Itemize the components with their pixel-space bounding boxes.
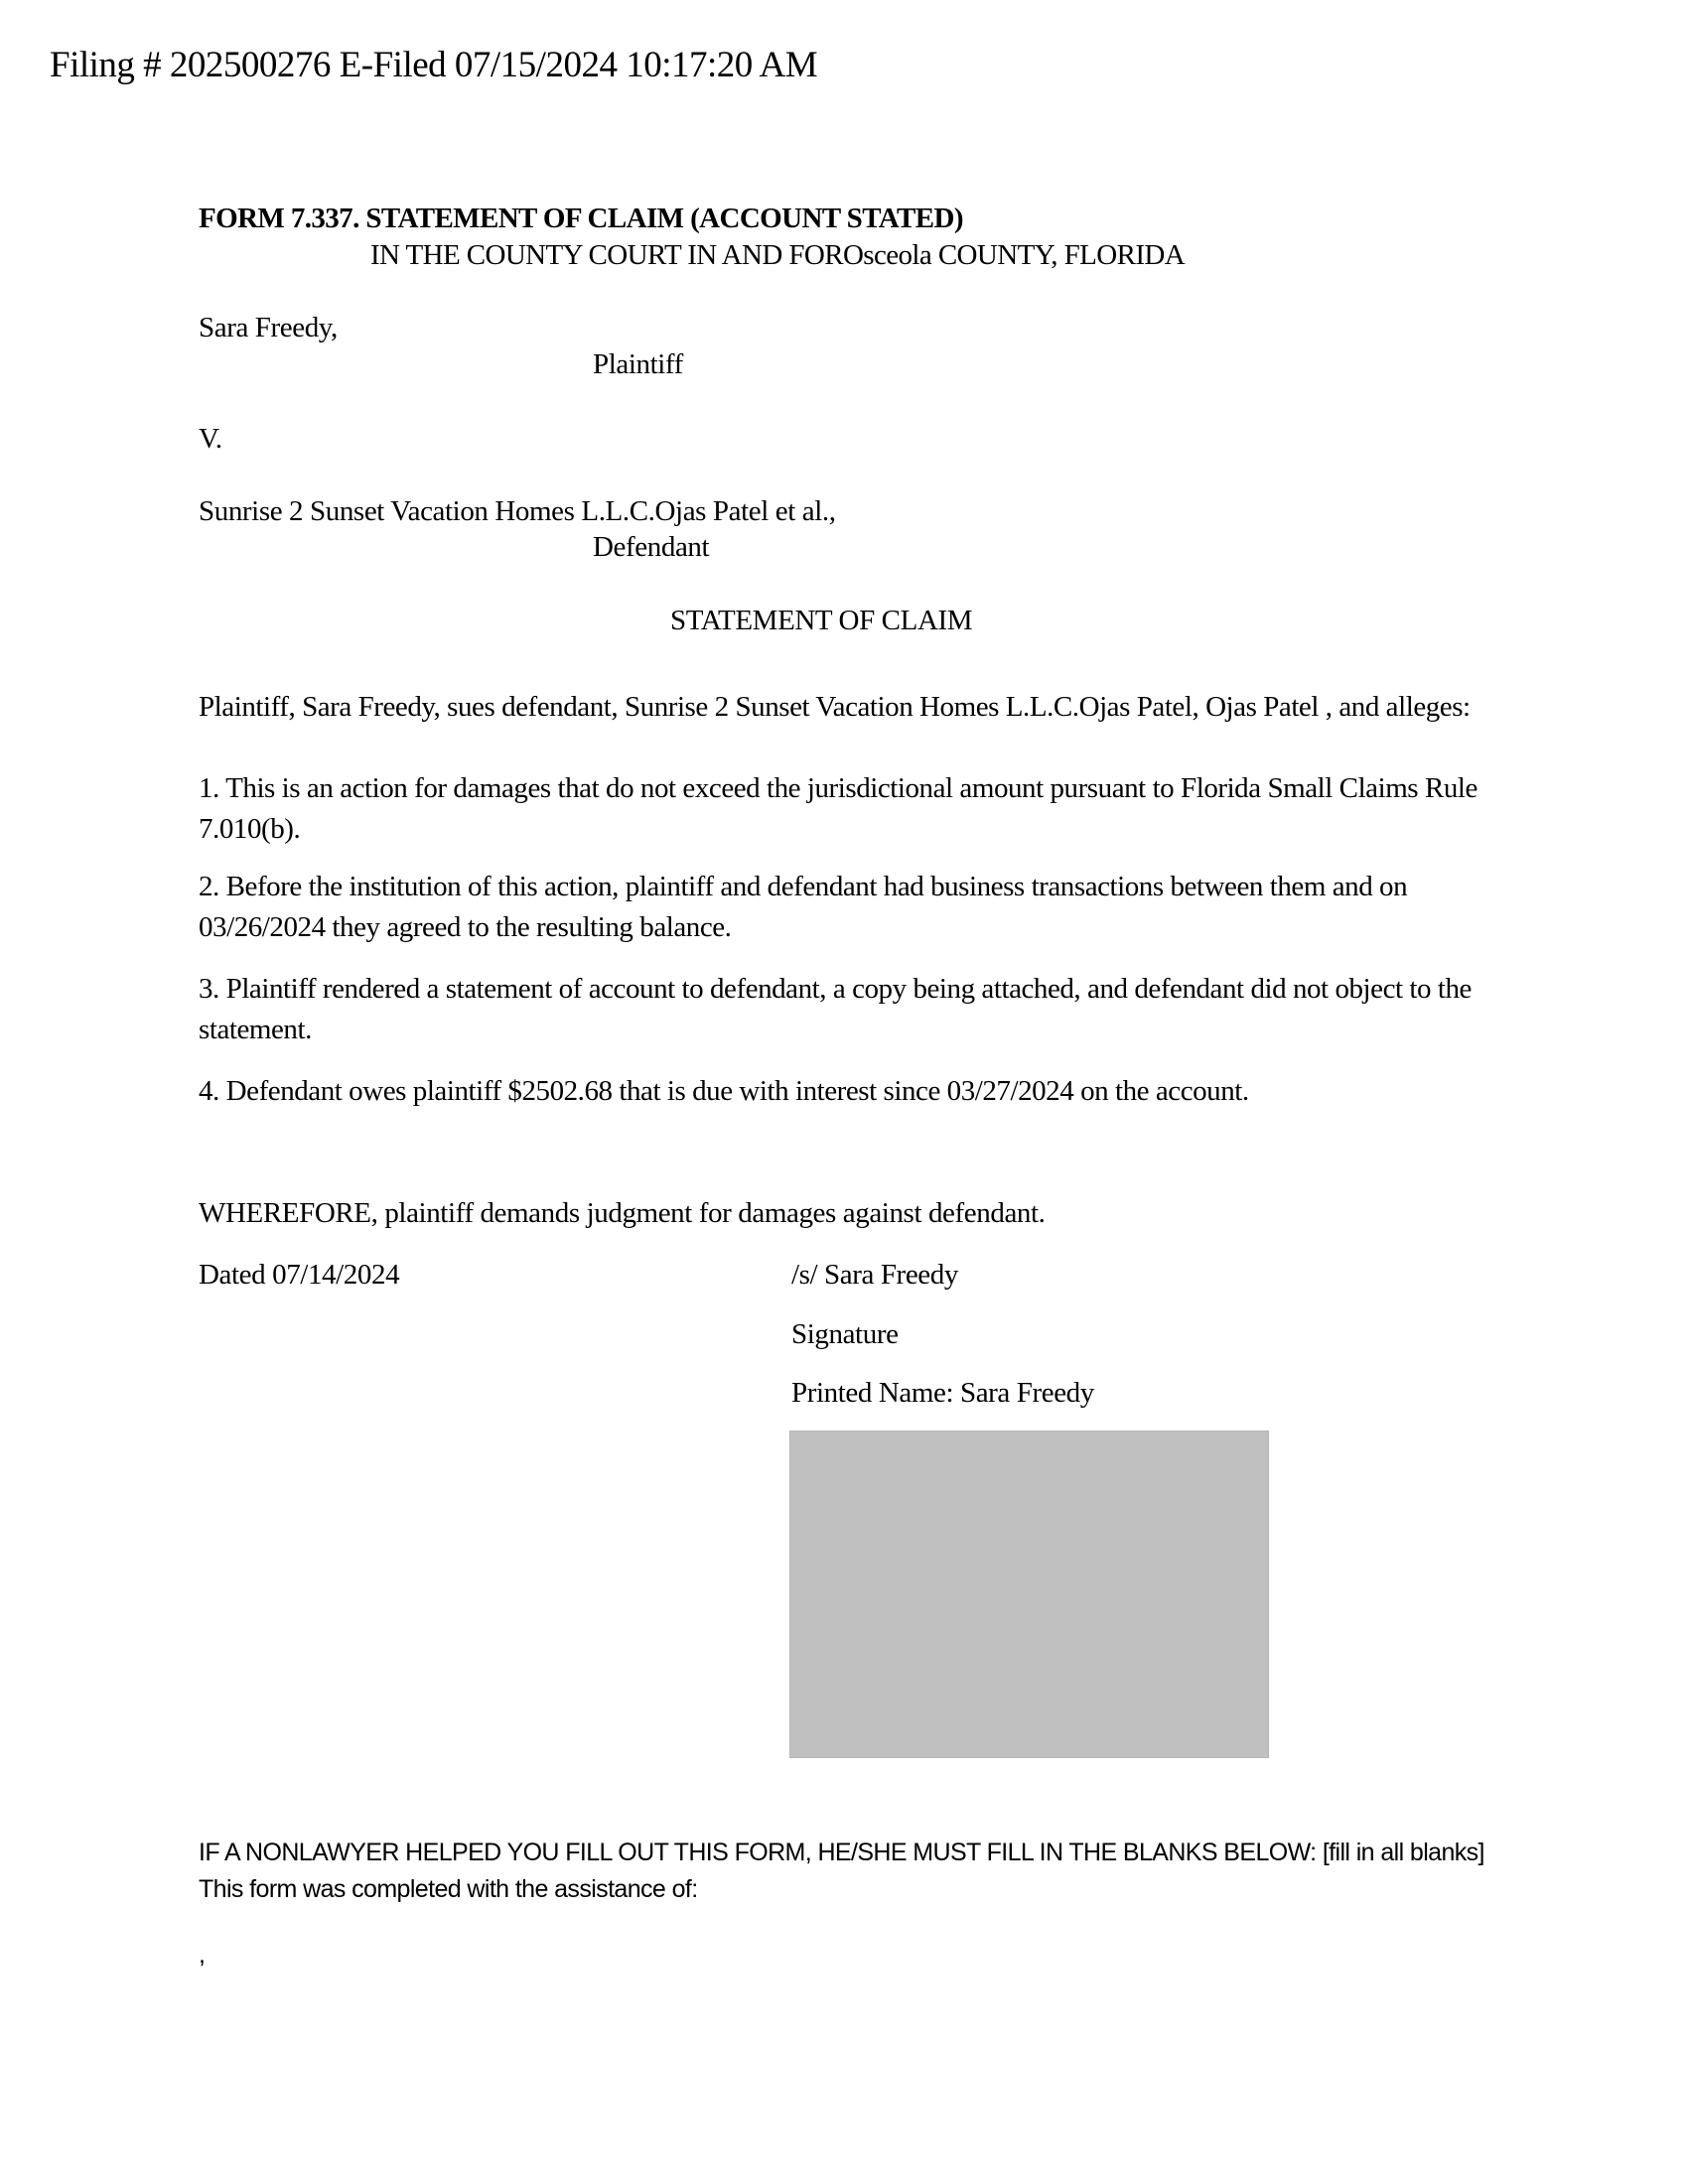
wherefore-clause: WHEREFORE, plaintiff demands judgment fo… — [199, 1197, 1046, 1230]
intro-paragraph: Plaintiff, Sara Freedy, sues defendant, … — [199, 687, 1489, 728]
allegation-2: 2. Before the institution of this action… — [199, 867, 1489, 948]
court-line: IN THE COUNTY COURT IN AND FOROsceola CO… — [370, 239, 1185, 272]
printed-name: Printed Name: Sara Freedy — [791, 1377, 1094, 1410]
plaintiff-name: Sara Freedy, — [199, 312, 338, 344]
plaintiff-label: Plaintiff — [593, 348, 683, 381]
filing-header: Filing # 202500276 E-Filed 07/15/2024 10… — [50, 44, 817, 86]
allegation-4: 4. Defendant owes plaintiff $2502.68 tha… — [199, 1071, 1489, 1112]
form-title: FORM 7.337. STATEMENT OF CLAIM (ACCOUNT … — [199, 203, 963, 235]
allegation-3: 3. Plaintiff rendered a statement of acc… — [199, 969, 1489, 1050]
nonlawyer-blank: , — [199, 1941, 206, 1970]
signature-line: /s/ Sara Freedy — [791, 1259, 958, 1292]
signature-label: Signature — [791, 1318, 899, 1351]
allegation-1: 1. This is an action for damages that do… — [199, 768, 1489, 850]
defendant-label: Defendant — [593, 531, 709, 564]
redacted-block — [789, 1431, 1269, 1758]
defendant-name: Sunrise 2 Sunset Vacation Homes L.L.C.Oj… — [199, 495, 836, 528]
nonlawyer-notice: IF A NONLAWYER HELPED YOU FILL OUT THIS … — [199, 1835, 1489, 1908]
dated-line: Dated 07/14/2024 — [199, 1259, 399, 1292]
section-title: STATEMENT OF CLAIM — [670, 605, 972, 637]
versus-label: V. — [199, 423, 222, 456]
